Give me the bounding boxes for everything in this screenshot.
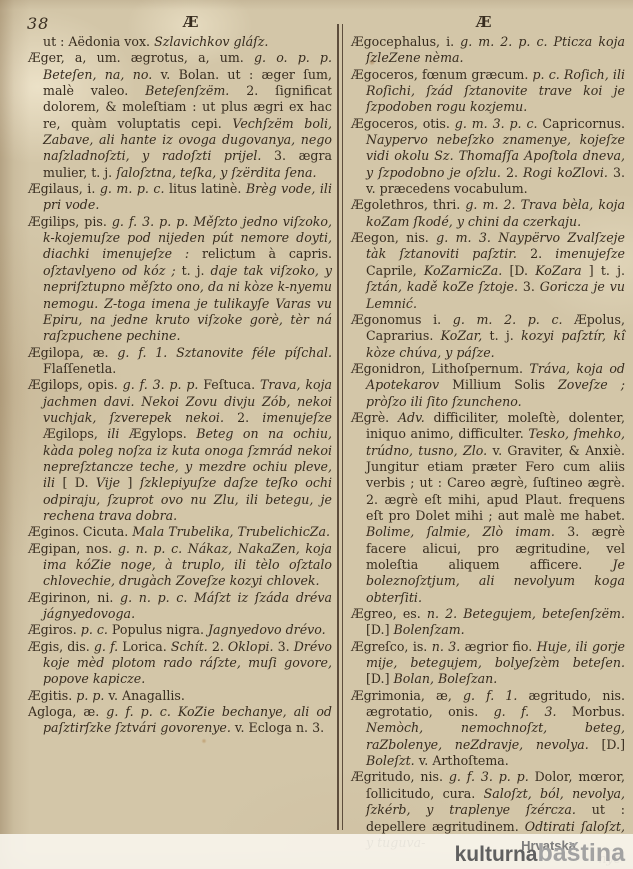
- entry-text-italic: g. f.: [94, 639, 122, 654]
- entry-text-italic: imenujeſze: [555, 246, 625, 261]
- left-column: ut : Aëdonia vox. Szlavichkov gláſz.Æger…: [28, 34, 332, 737]
- entry-text-italic: ſaloſztna, teſka, y ſzërdita ſena.: [116, 165, 316, 180]
- entry-text-italic: g. f. 3. p. p.: [449, 769, 535, 784]
- entry-text-italic: Beteſenſzëm.: [145, 83, 246, 98]
- entry-text-italic: g. f. 3.: [494, 704, 572, 719]
- dictionary-entry: Ægipan, nos. g. n. p. c. Nákaz, NakaZen,…: [28, 541, 332, 590]
- entry-text-roman: Ægilopa, æ.: [28, 345, 117, 360]
- dictionary-entry: Æginos. Cicuta. Mala Trubelika, Trubelic…: [28, 524, 332, 540]
- entry-text-roman: Ægrè.: [351, 410, 398, 425]
- dictionary-entry: Ægiros. p. c. Populus nigra. Jagnyedovo …: [28, 622, 332, 638]
- entry-text-roman: Flaſſenetla.: [43, 361, 116, 376]
- entry-text-roman: ut : Aëdonia vox.: [43, 34, 154, 49]
- entry-text-italic: n. 3.: [432, 639, 465, 654]
- entry-text-roman: Ægilaus, i.: [28, 181, 100, 196]
- entry-text-italic: KoZara: [535, 263, 589, 278]
- entry-text-roman: Caprile,: [366, 263, 424, 278]
- dictionary-entry: Ægoceros, fœnum græcum. p. c. Roſich, il…: [351, 67, 625, 116]
- entry-text-roman: Ægirinon, ni.: [28, 590, 120, 605]
- entry-text-roman: Ægonomus i.: [351, 312, 453, 327]
- column-header-left: Æ: [183, 13, 199, 31]
- watermark-kulturna: kulturna: [455, 843, 538, 866]
- entry-text-italic: Vije: [96, 475, 128, 490]
- dictionary-entry: Ægonidron, Lithoſpernum. Tráva, koja od …: [351, 361, 625, 410]
- entry-text-italic: Szlavichkov gláſz.: [154, 34, 268, 49]
- dictionary-entry: Ægilops, opis. g. f. 3. p. p. Feſtuca. T…: [28, 377, 332, 524]
- dictionary-entry: Ægoceros, otis. g. m. 3. p. c. Capricorn…: [351, 116, 625, 198]
- entry-text-italic: n. 2. Betegujem, beteſenſzëm.: [427, 606, 625, 621]
- entry-text-italic: Oklopi.: [228, 639, 278, 654]
- entry-text-roman: 2.: [212, 639, 228, 654]
- entry-text-roman: ægrior fio.: [465, 639, 537, 654]
- dictionary-entry: Ægilopa, æ. g. f. 1. Sztanovite féle píſ…: [28, 345, 332, 378]
- entry-text-roman: 2.: [237, 410, 262, 425]
- entry-text-roman: Ægoceros, fœnum græcum.: [351, 67, 533, 82]
- entry-text-italic: ſztán, kadě koZe ſztoje.: [366, 279, 523, 294]
- entry-text-roman: Ægylops.: [129, 426, 196, 441]
- right-column: Ægocephalus, i. g. m. 2. p. c. Pticza ko…: [351, 34, 625, 868]
- dictionary-entry: Ægrimonia, æ, g. f. 1. ægritudo, nis. æg…: [351, 688, 625, 770]
- page-number: 38: [27, 14, 49, 33]
- entry-text-roman: Agloga, æ.: [28, 704, 106, 719]
- entry-text-italic: g. m. p. c.: [100, 181, 169, 196]
- entry-text-roman: Millium Solis: [452, 377, 558, 392]
- entry-text-roman: Morbus.: [572, 704, 625, 719]
- entry-text-italic: Bolan, Boleſzan.: [393, 671, 497, 686]
- entry-text-roman: Ægilops, opis.: [28, 377, 123, 392]
- entry-text-roman: Ægrimonia, æ,: [351, 688, 463, 703]
- entry-text-roman: [D.]: [366, 622, 393, 637]
- entry-text-italic: g. m. 3. p. c.: [455, 116, 543, 131]
- entry-text-roman: [D.]: [602, 737, 625, 752]
- entry-text-italic: Bolenſzam.: [393, 622, 464, 637]
- entry-text-italic: p. c.: [81, 622, 112, 637]
- entry-text-roman: v. Arthoſtema.: [419, 753, 509, 768]
- watermark-line2: kulturnabaština: [455, 842, 625, 868]
- entry-text-roman: t. j.: [490, 328, 522, 343]
- entry-text-roman: t. j.: [182, 263, 211, 278]
- entry-text-italic: KoZar,: [441, 328, 490, 343]
- entry-text-italic: g. f. 1. Sztanovite féle píſchal.: [117, 345, 332, 360]
- entry-text-roman: relictum à capris.: [202, 246, 332, 261]
- entry-text-roman: Feſtuca.: [203, 377, 260, 392]
- dictionary-entry: Ægreſco, is. n. 3. ægrior fio. Huje, ili…: [351, 639, 625, 688]
- entry-text-italic: g. m. 2. p. c.: [453, 312, 574, 327]
- entry-text-roman: Ægilips, pis.: [28, 214, 112, 229]
- dictionary-entry: Æger, a, um. ægrotus, a, um. g. o. p. p.…: [28, 50, 332, 181]
- column-divider-rule: [337, 24, 343, 830]
- entry-text-italic: Bolime, ſalmie, Zlò imam.: [366, 524, 567, 539]
- entry-text-roman: Ægocephalus, i.: [351, 34, 460, 49]
- dictionary-entry: Ægilaus, i. g. m. p. c. litus latinè. Br…: [28, 181, 332, 214]
- dictionary-entry: Ægirinon, ni. g. n. p. c. Máſzt iz ſzáda…: [28, 590, 332, 623]
- dictionary-entry: Ægitis. p. p. v. Anagallis.: [28, 688, 332, 704]
- entry-text-roman: ]: [128, 475, 140, 490]
- dictionary-entry: Ægis, dis. g. f. Lorica. Schít. 2. Oklop…: [28, 639, 332, 688]
- entry-text-roman: 3.: [278, 639, 294, 654]
- entry-text-italic: Jagnyedovo drévo.: [208, 622, 326, 637]
- entry-text-italic: Rogi koZlovi.: [523, 165, 613, 180]
- entry-text-roman: Ægitis.: [28, 688, 76, 703]
- entry-text-italic: Nemòch, nemochnoſzt, beteg, raZbolenye, …: [366, 720, 625, 751]
- dictionary-entry: Agloga, æ. g. f. p. c. KoZie bechanye, a…: [28, 704, 332, 737]
- entry-text-roman: 2.: [506, 165, 523, 180]
- dictionary-entry: Æegon, nis. g. m. 3. Naypërvo Zvalſzeje …: [351, 230, 625, 312]
- entry-text-roman: Capricornus.: [542, 116, 625, 131]
- entry-text-roman: [ D.: [62, 475, 95, 490]
- entry-text-roman: Ægolethros, thri.: [351, 197, 465, 212]
- dictionary-entry: ut : Aëdonia vox. Szlavichkov gláſz.: [28, 34, 332, 50]
- dictionary-entry: Ægilips, pis. g. f. 3. p. p. Měſzto jedn…: [28, 214, 332, 345]
- entry-text-roman: Ægreo, es.: [351, 606, 427, 621]
- watermark: Hrvatska kulturnabaština: [0, 834, 633, 869]
- entry-text-italic: ili: [107, 426, 129, 441]
- entry-text-roman: Æegon, nis.: [351, 230, 436, 245]
- dictionary-entry: Ægolethros, thri. g. m. 2. Trava bèla, k…: [351, 197, 625, 230]
- entry-text-roman: Populus nigra.: [112, 622, 208, 637]
- entry-text-roman: Æginos. Cicuta.: [28, 524, 132, 539]
- entry-text-italic: oſztavlyeno od kóz ;: [43, 263, 182, 278]
- scanned-dictionary-page: { "page": { "number": "38", "left_header…: [0, 0, 633, 869]
- entry-text-roman: v. Anagallis.: [108, 688, 184, 703]
- entry-text-italic: imenujeſze: [262, 410, 332, 425]
- entry-text-roman: Ægoceros, otis.: [351, 116, 455, 131]
- entry-text-roman: Ægritudo, nis.: [351, 769, 449, 784]
- entry-text-italic: g. f. 1.: [463, 688, 529, 703]
- entry-text-italic: Adv.: [398, 410, 434, 425]
- entry-text-roman: Ægonidron, Lithoſpernum.: [351, 361, 529, 376]
- entry-text-italic: Boleſzt.: [366, 753, 419, 768]
- entry-text-roman: v. Ecloga n. 3.: [235, 720, 324, 735]
- entry-text-roman: Ægipan, nos.: [28, 541, 118, 556]
- column-header-right: Æ: [476, 13, 492, 31]
- entry-text-italic: g. f. 3. p. p.: [123, 377, 204, 392]
- entry-text-italic: Mala Trubelika, TrubelichicZa.: [132, 524, 330, 539]
- entry-text-italic: p. p.: [76, 688, 108, 703]
- entry-text-roman: ] t. j.: [589, 263, 625, 278]
- entry-text-roman: 2.: [530, 246, 555, 261]
- dictionary-entry: Ægrè. Adv. difficiliter, moleſtè, dolent…: [351, 410, 625, 606]
- entry-text-roman: [D.: [509, 263, 535, 278]
- dictionary-entry: Ægonomus i. g. m. 2. p. c. Æpolus, Capra…: [351, 312, 625, 361]
- entry-text-roman: litus latinè.: [169, 181, 246, 196]
- entry-text-italic: KoZarnicZa.: [424, 263, 510, 278]
- dictionary-entry: Ægocephalus, i. g. m. 2. p. c. Pticza ko…: [351, 34, 625, 67]
- watermark-bastina: baština: [537, 839, 625, 867]
- entry-text-roman: Æger, a, um. ægrotus, a, um.: [28, 50, 254, 65]
- entry-text-roman: [D.]: [366, 671, 393, 686]
- entry-text-roman: Ægis, dis.: [28, 639, 94, 654]
- entry-text-roman: Ægilops,: [43, 426, 107, 441]
- entry-text-roman: Ægiros.: [28, 622, 81, 637]
- entry-text-italic: Schít.: [171, 639, 212, 654]
- dictionary-entry: Ægreo, es. n. 2. Betegujem, beteſenſzëm.…: [351, 606, 625, 639]
- entry-text-roman: Lorica.: [122, 639, 171, 654]
- entry-text-roman: 3.: [523, 279, 540, 294]
- entry-text-roman: Ægreſco, is.: [351, 639, 432, 654]
